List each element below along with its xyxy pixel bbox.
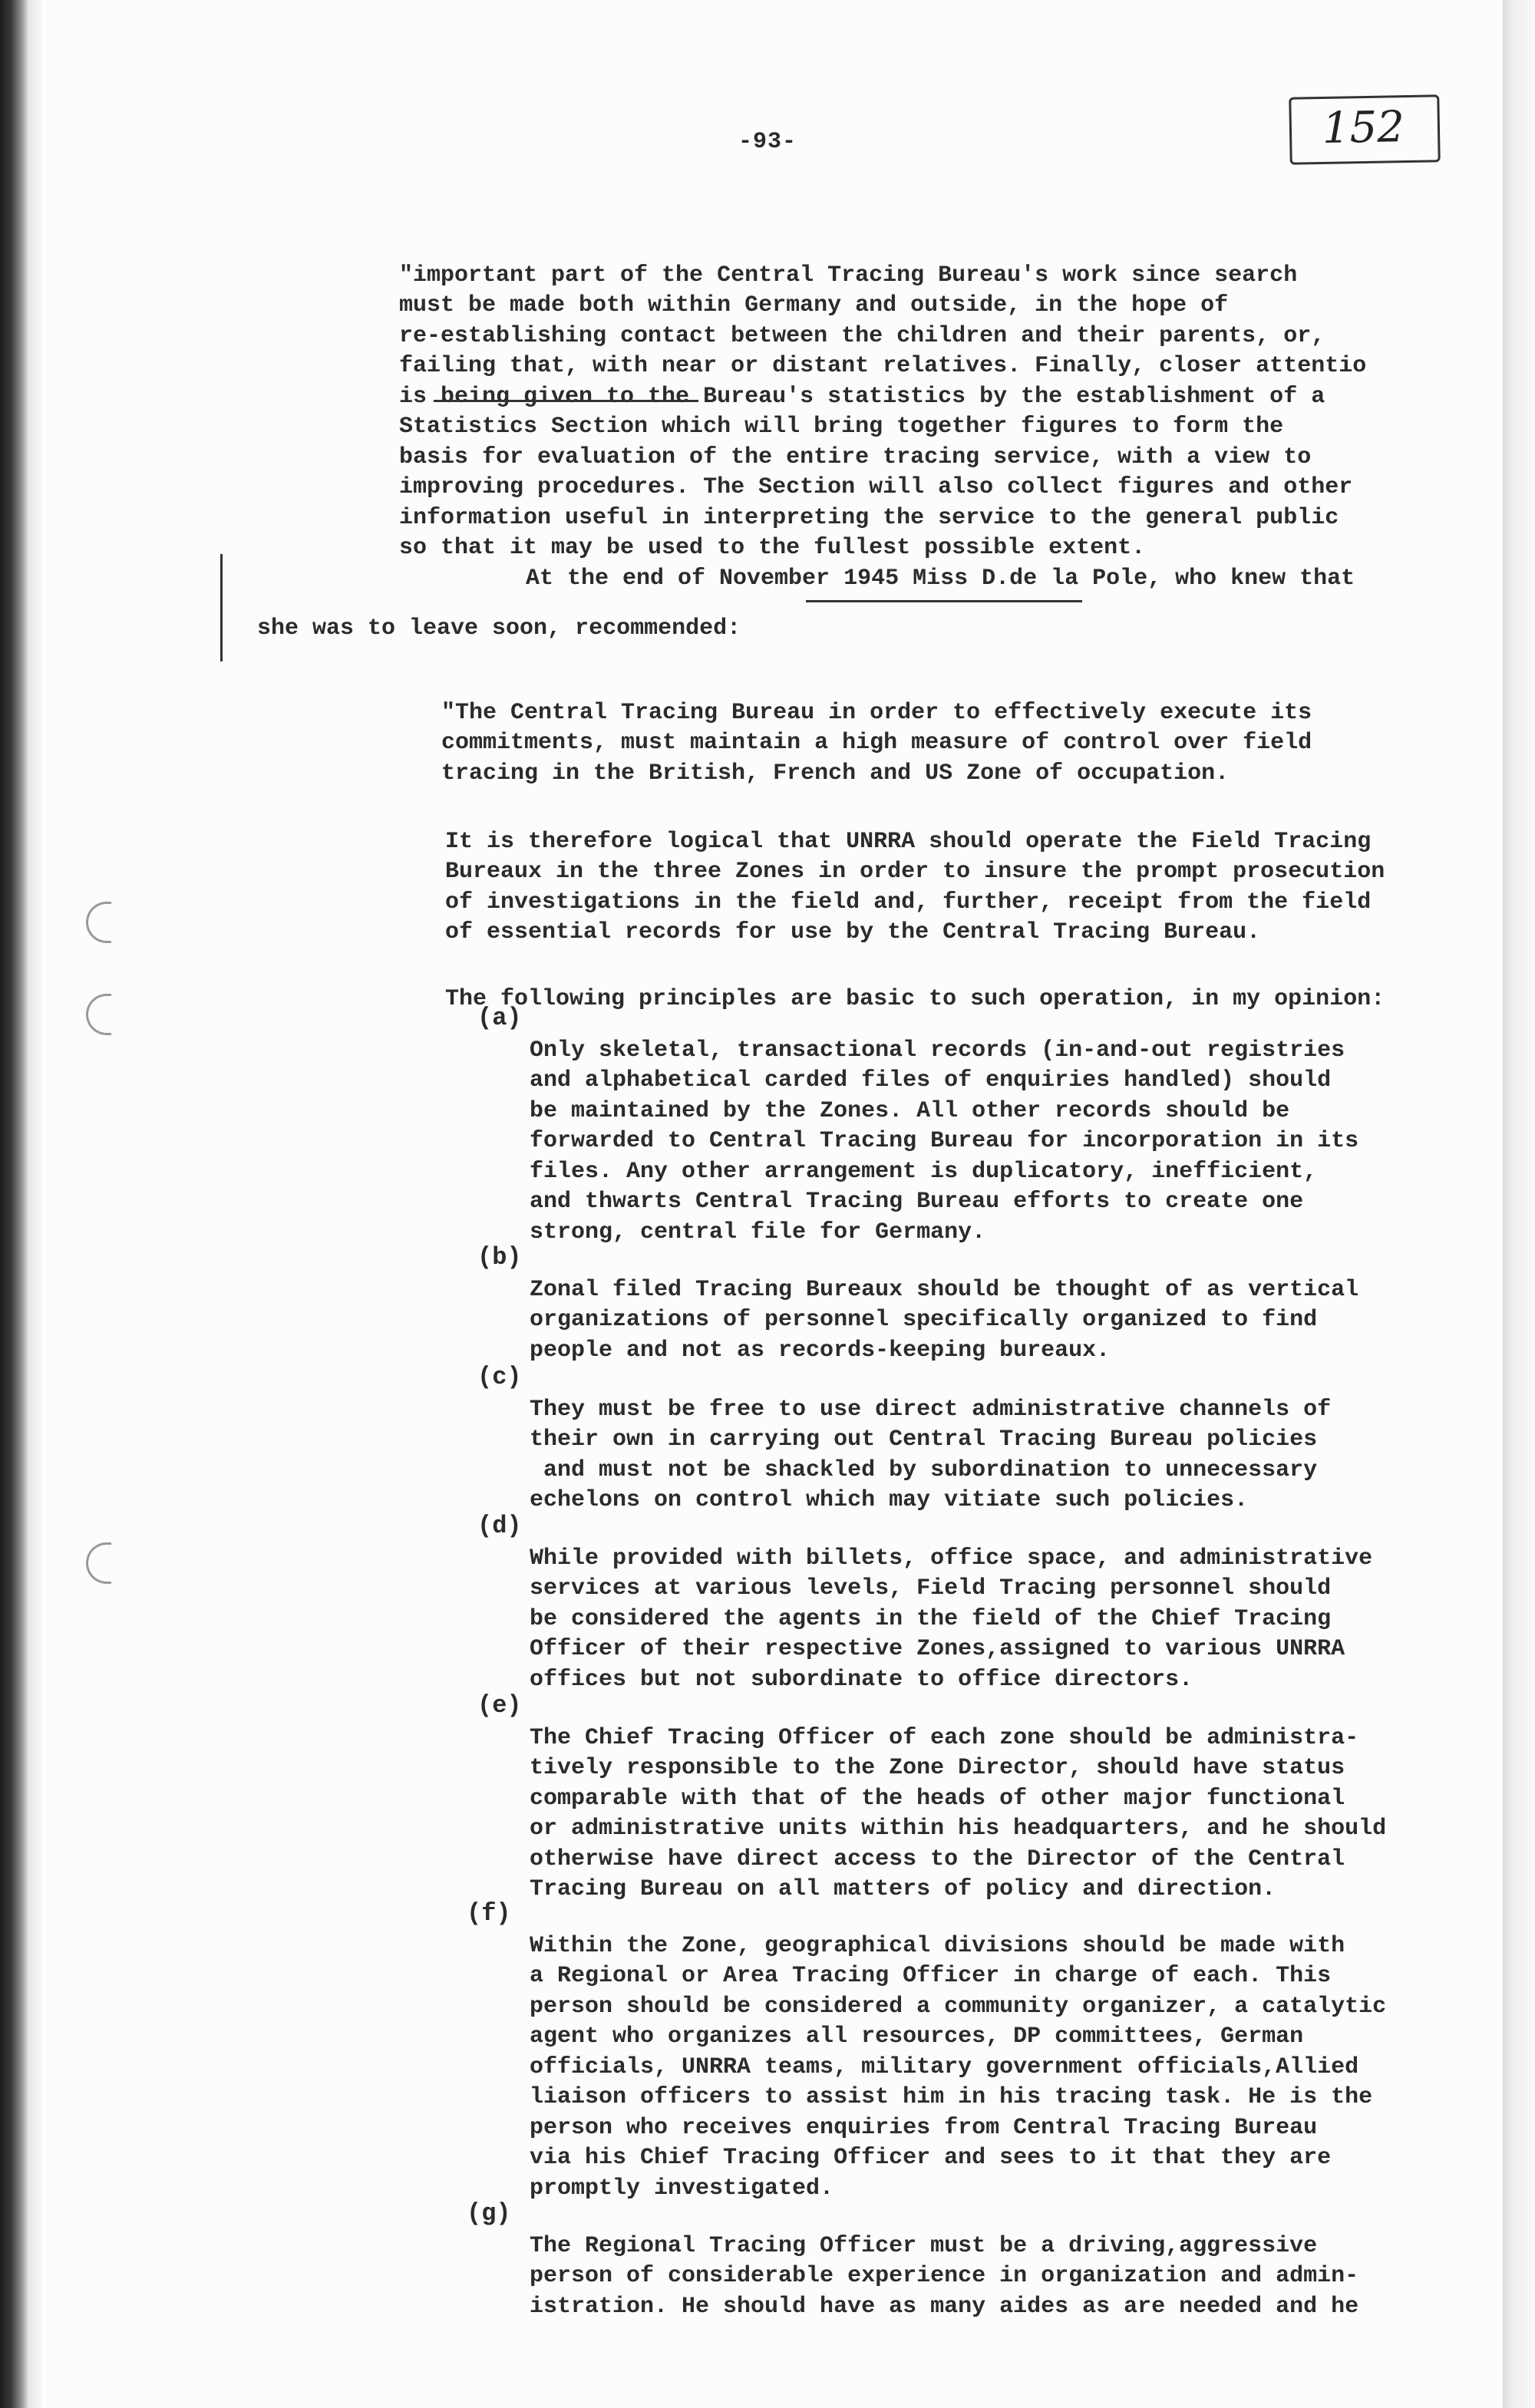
text-line: "important part of the Central Tracing B…: [399, 261, 1366, 292]
principle-g-label: (g): [467, 2199, 511, 2228]
paragraph-2-line-2: she was to leave soon, recommended:: [257, 614, 741, 645]
text-line: information useful in interpreting the s…: [399, 503, 1366, 534]
text-line: be considered the agents in the field of…: [530, 1605, 1372, 1635]
principle-b-label: (b): [477, 1243, 522, 1272]
text-line: via his Chief Tracing Officer and sees t…: [530, 2143, 1386, 2174]
text-line: comparable with that of the heads of oth…: [530, 1784, 1386, 1815]
text-line: promptly investigated.: [530, 2174, 1386, 2205]
paragraph-4: It is therefore logical that UNRRA shoul…: [445, 797, 1385, 978]
text-line: basis for evaluation of the entire traci…: [399, 443, 1366, 473]
archive-stamp-number: 152: [1322, 102, 1405, 153]
text-line: improving procedures. The Section will a…: [399, 473, 1366, 503]
text-line: agent who organizes all resources, DP co…: [530, 2022, 1386, 2053]
text-line: The Regional Tracing Officer must be a d…: [530, 2232, 1358, 2262]
text-line: person who receives enquiries from Centr…: [530, 2113, 1386, 2144]
principle-a-label: (a): [477, 1004, 522, 1032]
margin-mark: [220, 554, 223, 661]
text-line: person of considerable experience in org…: [530, 2261, 1358, 2292]
text-line: Bureaux in the three Zones in order to i…: [445, 857, 1385, 888]
text-line: person should be considered a community …: [530, 1992, 1386, 2023]
text-line: Only skeletal, transactional records (in…: [530, 1036, 1358, 1067]
principle-a: Only skeletal, transactional records (in…: [530, 1005, 1358, 1278]
text-line: tracing in the British, French and US Zo…: [441, 759, 1312, 790]
text-line: Zonal filed Tracing Bureaux should be th…: [530, 1275, 1358, 1306]
archive-stamp: 152: [1289, 94, 1441, 164]
principle-f: Within the Zone, geographical divisions …: [530, 1901, 1386, 2235]
principle-d-label: (d): [477, 1512, 522, 1540]
name-underline: [806, 600, 1082, 602]
text-line: so that it may be used to the fullest po…: [399, 533, 1366, 564]
principle-c-label: (c): [477, 1363, 522, 1391]
paper-edge: [1503, 0, 1535, 2408]
text-line: failing that, with near or distant relat…: [399, 351, 1366, 382]
text-line: It is therefore logical that UNRRA shoul…: [445, 827, 1385, 858]
text-line: of essential records for use by the Cent…: [445, 918, 1385, 948]
text-line: liaison officers to assist him in his tr…: [530, 2083, 1386, 2113]
paragraph-1: "important part of the Central Tracing B…: [399, 230, 1366, 594]
text-line: echelons on control which may vitiate su…: [530, 1486, 1331, 1516]
text-line: files. Any other arrangement is duplicat…: [530, 1157, 1358, 1188]
principle-e: The Chief Tracing Officer of each zone s…: [530, 1693, 1386, 1935]
principle-e-label: (e): [477, 1691, 522, 1720]
principle-f-label: (f): [467, 1899, 511, 1928]
text-line: and alphabetical carded files of enquiri…: [530, 1066, 1358, 1097]
text-line: of investigations in the field and, furt…: [445, 888, 1385, 919]
text-line: people and not as records-keeping bureau…: [530, 1336, 1358, 1367]
text-line: forwarded to Central Tracing Bureau for …: [530, 1126, 1358, 1157]
text-line: re-establishing contact between the chil…: [399, 322, 1366, 352]
text-line: a Regional or Area Tracing Officer in ch…: [530, 1961, 1386, 1992]
text-line: Within the Zone, geographical divisions …: [530, 1931, 1386, 1962]
text-line: While provided with billets, office spac…: [530, 1544, 1372, 1575]
text-line: tively responsible to the Zone Director,…: [530, 1753, 1386, 1784]
text-line: be maintained by the Zones. All other re…: [530, 1097, 1358, 1127]
text-line: officials, UNRRA teams, military governm…: [530, 2053, 1386, 2083]
text-line: strong, central file for Germany.: [530, 1218, 1358, 1249]
text-line: and must not be shackled by subordinatio…: [530, 1456, 1331, 1486]
binding-shadow: [28, 0, 43, 2408]
book-binding: [0, 0, 28, 2408]
statistics-section-underline: [434, 400, 698, 402]
text-line: offices but not subordinate to office di…: [530, 1665, 1372, 1696]
text-line: organizations of personnel specifically …: [530, 1305, 1358, 1336]
text-line: The Chief Tracing Officer of each zone s…: [530, 1724, 1386, 1754]
text-line: or administrative units within his headq…: [530, 1814, 1386, 1845]
text-line: "The Central Tracing Bureau in order to …: [441, 698, 1312, 729]
text-line: must be made both within Germany and out…: [399, 291, 1366, 322]
text-line: Officer of their respective Zones,assign…: [530, 1634, 1372, 1665]
text-line: istration. He should have as many aides …: [530, 2292, 1358, 2323]
text-line: is being given to the Bureau's statistic…: [399, 382, 1366, 413]
page-number: -93-: [738, 129, 797, 155]
principle-g: The Regional Tracing Officer must be a d…: [530, 2201, 1358, 2353]
text-line: services at various levels, Field Tracin…: [530, 1574, 1372, 1605]
text-line: commitments, must maintain a high measur…: [441, 728, 1312, 759]
text-line: They must be free to use direct administ…: [530, 1395, 1331, 1426]
paragraph-2-line-1: At the end of November 1945 Miss D.de la…: [526, 564, 1355, 595]
text-line: Statistics Section which will bring toge…: [399, 412, 1366, 443]
text-line: otherwise have direct access to the Dire…: [530, 1845, 1386, 1875]
text-line: their own in carrying out Central Tracin…: [530, 1425, 1331, 1456]
text-line: and thwarts Central Tracing Bureau effor…: [530, 1187, 1358, 1218]
